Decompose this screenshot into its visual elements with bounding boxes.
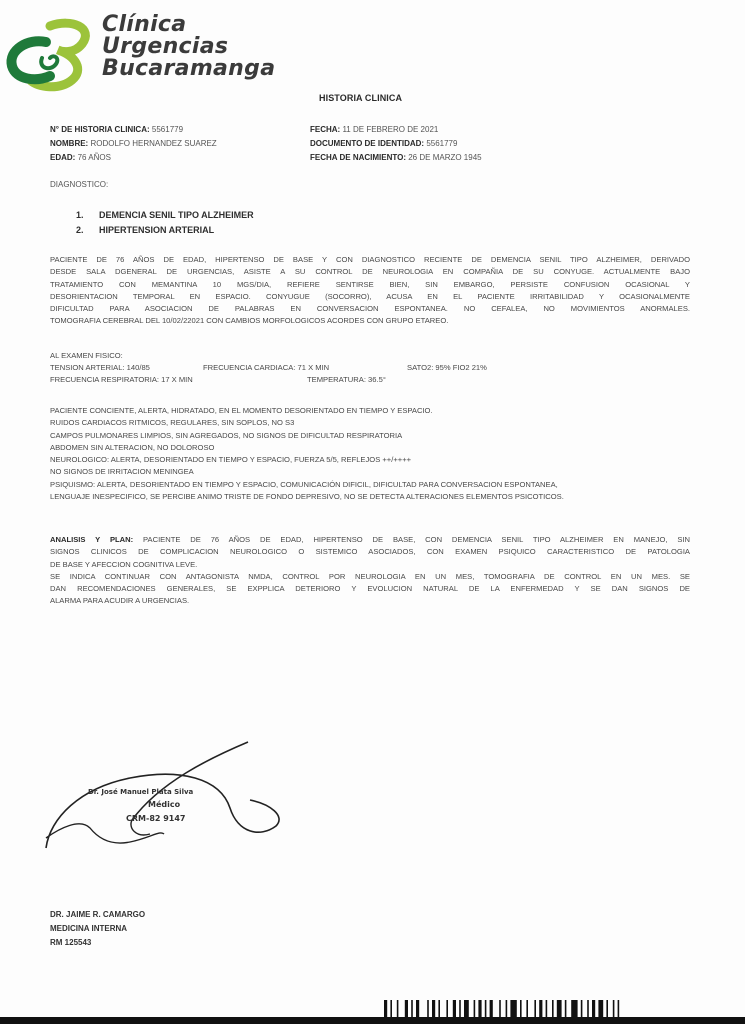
findings-list: PACIENTE CONCIENTE, ALERTA, HIDRATADO, E… [50, 405, 690, 503]
analysis-line: PACIENTE DE 76 AÑOS DE EDAD, HIPERTENSO … [133, 535, 690, 544]
finding-line: LENGUAJE INESPECIFICO, SE PERCIBE ANIMO … [50, 491, 690, 503]
history-number-field: N° DE HISTORIA CLINICA: 5561779 [50, 123, 183, 137]
id-document-field: DOCUMENTO DE IDENTIDAD: 5561779 [310, 137, 457, 151]
finding-line: CAMPOS PULMONARES LIMPIOS, SIN AGREGADOS… [50, 430, 690, 442]
field-value: RODOLFO HERNANDEZ SUAREZ [90, 139, 216, 148]
finding-line: ABDOMEN SIN ALTERACION, NO DOLOROSO [50, 442, 690, 454]
blood-pressure: TENSION ARTERIAL: 140/85 [50, 362, 150, 374]
diagnosis-list: 1.DEMENCIA SENIL TIPO ALZHEIMER 2.HIPERT… [76, 208, 254, 238]
analysis-line: DE BASE Y AFECCION COGNITIVA LEVE. [50, 559, 690, 571]
oxygen-saturation: SATO2: 95% FIO2 21% [407, 362, 487, 374]
diagnosis-item: 2.HIPERTENSION ARTERIAL [76, 223, 254, 238]
paragraph-line: TOMOGRAFIA CEREBRAL DEL 10/02/22021 CON … [50, 315, 690, 327]
document-title: HISTORIA CLINICA [319, 93, 402, 103]
signer-specialty: MEDICINA INTERNA [50, 922, 145, 936]
clinic-logo-icon [2, 14, 98, 94]
temperature: TEMPERATURA: 36.5° [307, 374, 386, 386]
clinic-name: Clínica Urgencias Bucaramanga [102, 14, 275, 80]
patient-name-field: NOMBRE: RODOLFO HERNANDEZ SUAREZ [50, 137, 217, 151]
analysis-first-line: ANALISIS Y PLAN: PACIENTE DE 76 AÑOS DE … [50, 534, 690, 546]
diagnosis-label: DIAGNOSTICO: [50, 180, 108, 189]
finding-line: NEUROLOGICO: ALERTA, DESORIENTADO EN TIE… [50, 454, 690, 466]
field-label: FECHA DE NACIMIENTO: [310, 153, 406, 162]
paragraph-line: DESDE SALA DGENERAL DE URGENCIAS, ASISTE… [50, 266, 690, 278]
clinic-name-line: Clínica [102, 14, 275, 36]
heart-rate: FRECUENCIA CARDIACA: 71 X MIN [203, 362, 329, 374]
diagnosis-text: DEMENCIA SENIL TIPO ALZHEIMER [99, 210, 254, 220]
diagnosis-text: HIPERTENSION ARTERIAL [99, 225, 214, 235]
finding-line: PACIENTE CONCIENTE, ALERTA, HIDRATADO, E… [50, 405, 690, 417]
analysis-label: ANALISIS Y PLAN: [50, 535, 133, 544]
birth-date-field: FECHA DE NACIMIENTO: 26 DE MARZO 1945 [310, 151, 482, 165]
paragraph-line: DESORIENTACION TEMPORAL EN ESPACIO. CONY… [50, 291, 690, 303]
diagnosis-number: 1. [76, 208, 99, 223]
finding-line: PSIQUISMO: ALERTA, DESORIENTADO EN TIEMP… [50, 479, 690, 491]
diagnosis-item: 1.DEMENCIA SENIL TIPO ALZHEIMER [76, 208, 254, 223]
stamp-name: Dr. José Manuel Plata Silva [88, 788, 193, 796]
respiratory-rate: FRECUENCIA RESPIRATORIA: 17 X MIN [50, 374, 193, 386]
clinic-name-line: Bucaramanga [102, 58, 275, 80]
date-field: FECHA: 11 DE FEBRERO DE 2021 [310, 123, 438, 137]
field-value: 5561779 [426, 139, 457, 148]
field-value: 11 DE FEBRERO DE 2021 [342, 125, 438, 134]
paragraph-line: DIFICULTAD PARA ASOCIACION DE PALABRAS E… [50, 303, 690, 315]
signer-name: DR. JAIME R. CAMARGO [50, 908, 145, 922]
analysis-line: SIGNOS CLINICOS DE COMPLICACION NEUROLOG… [50, 546, 690, 558]
stamp-title: Médico [148, 800, 180, 809]
field-value: 5561779 [152, 125, 183, 134]
field-label: N° DE HISTORIA CLINICA: [50, 125, 150, 134]
analysis-plan: ANALISIS Y PLAN: PACIENTE DE 76 AÑOS DE … [50, 534, 690, 608]
field-label: NOMBRE: [50, 139, 88, 148]
signer-registration: RM 125543 [50, 936, 145, 950]
scan-edge [0, 1017, 745, 1024]
analysis-line: DAN RECOMENDACIONES GENERALES, SE EXPPLI… [50, 583, 690, 595]
clinic-name-line: Urgencias [102, 36, 275, 58]
finding-line: NO SIGNOS DE IRRITACION MENINGEA [50, 466, 690, 478]
finding-line: RUIDOS CARDIACOS RITMICOS, REGULARES, SI… [50, 417, 690, 429]
physical-exam-label: AL EXAMEN FISICO: [50, 350, 123, 362]
paragraph-line: PACIENTE DE 76 AÑOS DE EDAD, HIPERTENSO … [50, 254, 690, 266]
analysis-line: SE INDICA CONTINUAR CON ANTAGONISTA NMDA… [50, 571, 690, 583]
age-field: EDAD: 76 AÑOS [50, 151, 111, 165]
paragraph-line: TRATAMIENTO CON MEMANTINA 10 MGS/DIA, RE… [50, 279, 690, 291]
diagnosis-number: 2. [76, 223, 99, 238]
field-value: 26 DE MARZO 1945 [408, 153, 481, 162]
signer-block: DR. JAIME R. CAMARGO MEDICINA INTERNA RM… [50, 908, 145, 950]
analysis-line: ALARMA PARA ACUDIR A URGENCIAS. [50, 595, 690, 607]
stamp-registration: CRM-82 9147 [126, 814, 186, 823]
field-label: FECHA: [310, 125, 340, 134]
field-label: EDAD: [50, 153, 75, 162]
field-label: DOCUMENTO DE IDENTIDAD: [310, 139, 424, 148]
field-value: 76 AÑOS [78, 153, 111, 162]
history-paragraph: PACIENTE DE 76 AÑOS DE EDAD, HIPERTENSO … [50, 254, 690, 328]
